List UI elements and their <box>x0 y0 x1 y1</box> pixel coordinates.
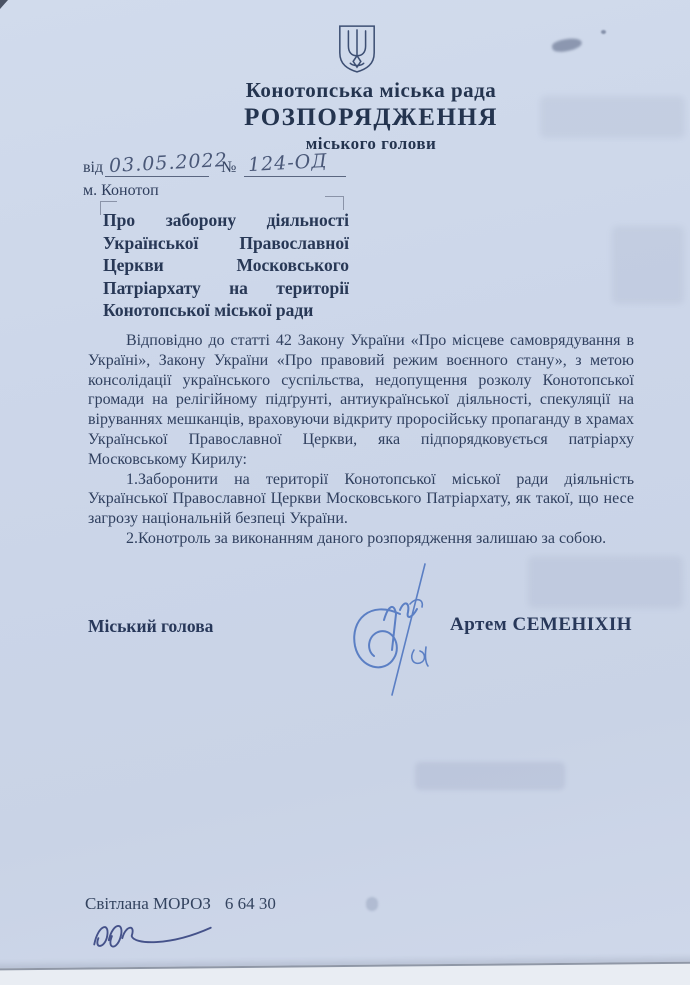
pen-dot-artifact <box>601 30 606 34</box>
bleed-through-artifact <box>612 226 684 304</box>
scanned-document-page: Конотопська міська рада РОЗПОРЯДЖЕННЯ мі… <box>0 0 690 985</box>
photo-corner-artifact <box>0 0 8 9</box>
body-paragraph-preamble: Відповідно до статті 42 Закону України «… <box>88 331 634 470</box>
mayor-signature <box>322 562 442 697</box>
date-number-line: від03.05.2022 №124-ОД <box>83 158 383 177</box>
organization-name: Конотопська міська рада <box>210 78 532 103</box>
subject-frame-corner-right <box>325 196 344 210</box>
document-header: Конотопська міська рада РОЗПОРЯДЖЕННЯ мі… <box>210 78 532 154</box>
body-paragraph-item-2: 2.Конотроль за виконанням даного розпоря… <box>88 529 634 549</box>
date-blank: 03.05.2022 <box>105 158 209 177</box>
pen-smudge-artifact <box>551 36 583 54</box>
executor-name: Світлана МОРОЗ <box>85 894 211 913</box>
executor-phone: 6 64 30 <box>225 894 276 913</box>
bleed-through-artifact <box>415 762 565 790</box>
date-label: від <box>83 159 103 176</box>
signatory-name: Артем СЕМЕНІХІН <box>450 614 632 636</box>
bleed-through-artifact <box>540 96 685 138</box>
handwritten-number: 124-ОД <box>248 150 329 176</box>
handwritten-date: 03.05.2022 <box>109 149 229 177</box>
executor-signature <box>88 913 218 955</box>
body-paragraph-item-1: 1.Заборонити на території Конотопської м… <box>88 470 634 529</box>
document-subtype: міського голови <box>210 134 532 154</box>
signatory-title: Міський голова <box>88 616 213 637</box>
trident-emblem-icon <box>336 24 378 74</box>
document-subject: Про заборону діяльності Української Прав… <box>103 209 349 322</box>
bleed-through-artifact <box>366 897 378 911</box>
paper-bottom-edge <box>0 962 690 985</box>
bleed-through-artifact <box>528 556 683 608</box>
city-line: м. Конотоп <box>83 182 159 200</box>
document-type-title: РОЗПОРЯДЖЕННЯ <box>210 104 532 132</box>
executor-line: Світлана МОРОЗ6 64 30 <box>85 894 276 914</box>
number-blank: 124-ОД <box>244 158 346 177</box>
document-body: Відповідно до статті 42 Закону України «… <box>88 331 634 549</box>
